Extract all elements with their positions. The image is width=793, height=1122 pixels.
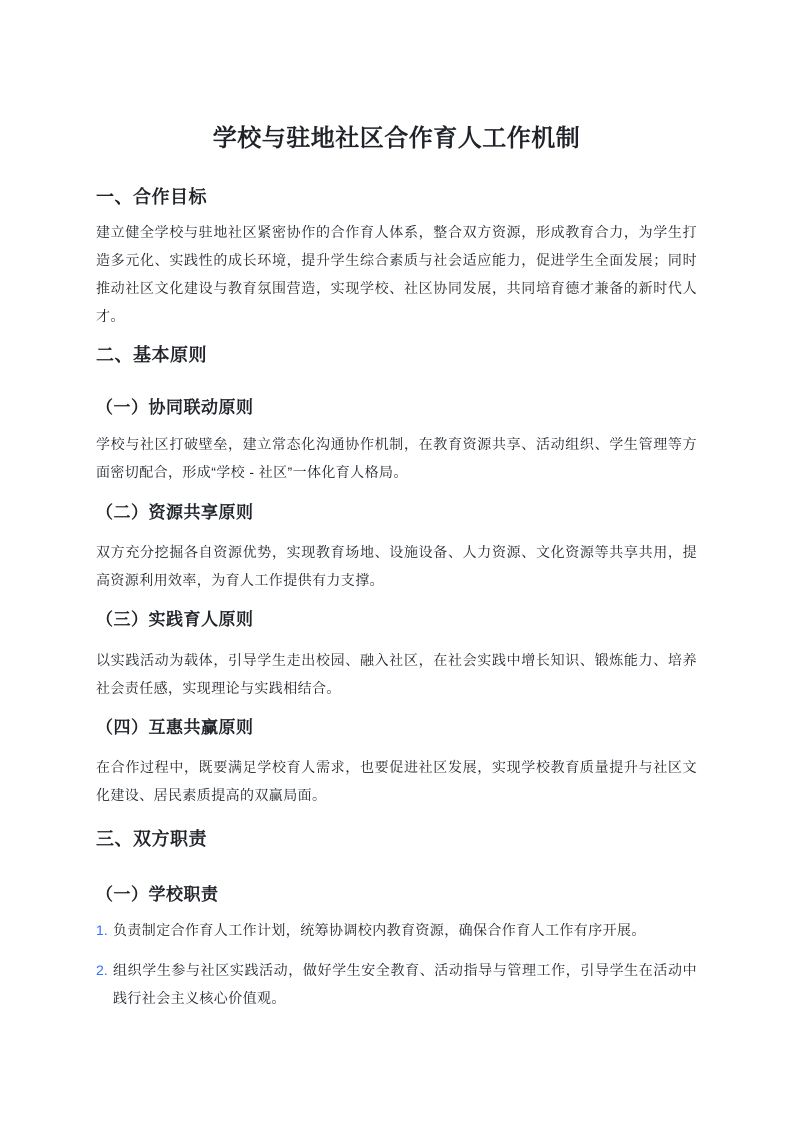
document-page: 学校与驻地社区合作育人工作机制 一、合作目标 建立健全学校与驻地社区紧密协作的合… (0, 0, 793, 1122)
list-item-number: 1. (96, 916, 113, 944)
list-item: 2. 组织学生参与社区实践活动，做好学生安全教育、活动指导与管理工作，引导学生在… (96, 956, 697, 1012)
list-item-text: 负责制定合作育人工作计划，统筹协调校内教育资源，确保合作育人工作有序开展。 (113, 916, 697, 944)
document-title: 学校与驻地社区合作育人工作机制 (96, 121, 697, 157)
list-item-number: 2. (96, 956, 113, 984)
section-3-heading: 三、双方职责 (96, 825, 697, 853)
section-1-heading: 一、合作目标 (96, 183, 697, 211)
school-duties-ordered-list: 1. 负责制定合作育人工作计划，统筹协调校内教育资源，确保合作育人工作有序开展。… (96, 916, 697, 1012)
list-item: 1. 负责制定合作育人工作计划，统筹协调校内教育资源，确保合作育人工作有序开展。 (96, 916, 697, 944)
section-2-sub-1-paragraph: 学校与社区打破壁垒，建立常态化沟通协作机制，在教育资源共享、活动组织、学生管理等… (96, 430, 697, 486)
list-item-text: 组织学生参与社区实践活动，做好学生安全教育、活动指导与管理工作，引导学生在活动中… (113, 956, 697, 1012)
section-2-sub-3-heading: （三）实践育人原则 (96, 607, 697, 633)
section-3-sub-1-heading: （一）学校职责 (96, 882, 697, 908)
section-2-sub-2-heading: （二）资源共享原则 (96, 500, 697, 526)
section-2-sub-3-paragraph: 以实践活动为载体，引导学生走出校园、融入社区，在社会实践中增长知识、锻炼能力、培… (96, 646, 697, 702)
section-2-sub-2-paragraph: 双方充分挖掘各自资源优势，实现教育场地、设施设备、人力资源、文化资源等共享共用，… (96, 538, 697, 594)
section-2-heading: 二、基本原则 (96, 341, 697, 369)
section-1-paragraph: 建立健全学校与驻地社区紧密协作的合作育人体系，整合双方资源，形成教育合力，为学生… (96, 218, 697, 330)
section-2-sub-4-heading: （四）互惠共赢原则 (96, 715, 697, 741)
section-2-sub-1-heading: （一）协同联动原则 (96, 395, 697, 421)
section-2-sub-4-paragraph: 在合作过程中，既要满足学校育人需求，也要促进社区发展，实现学校教育质量提升与社区… (96, 753, 697, 809)
